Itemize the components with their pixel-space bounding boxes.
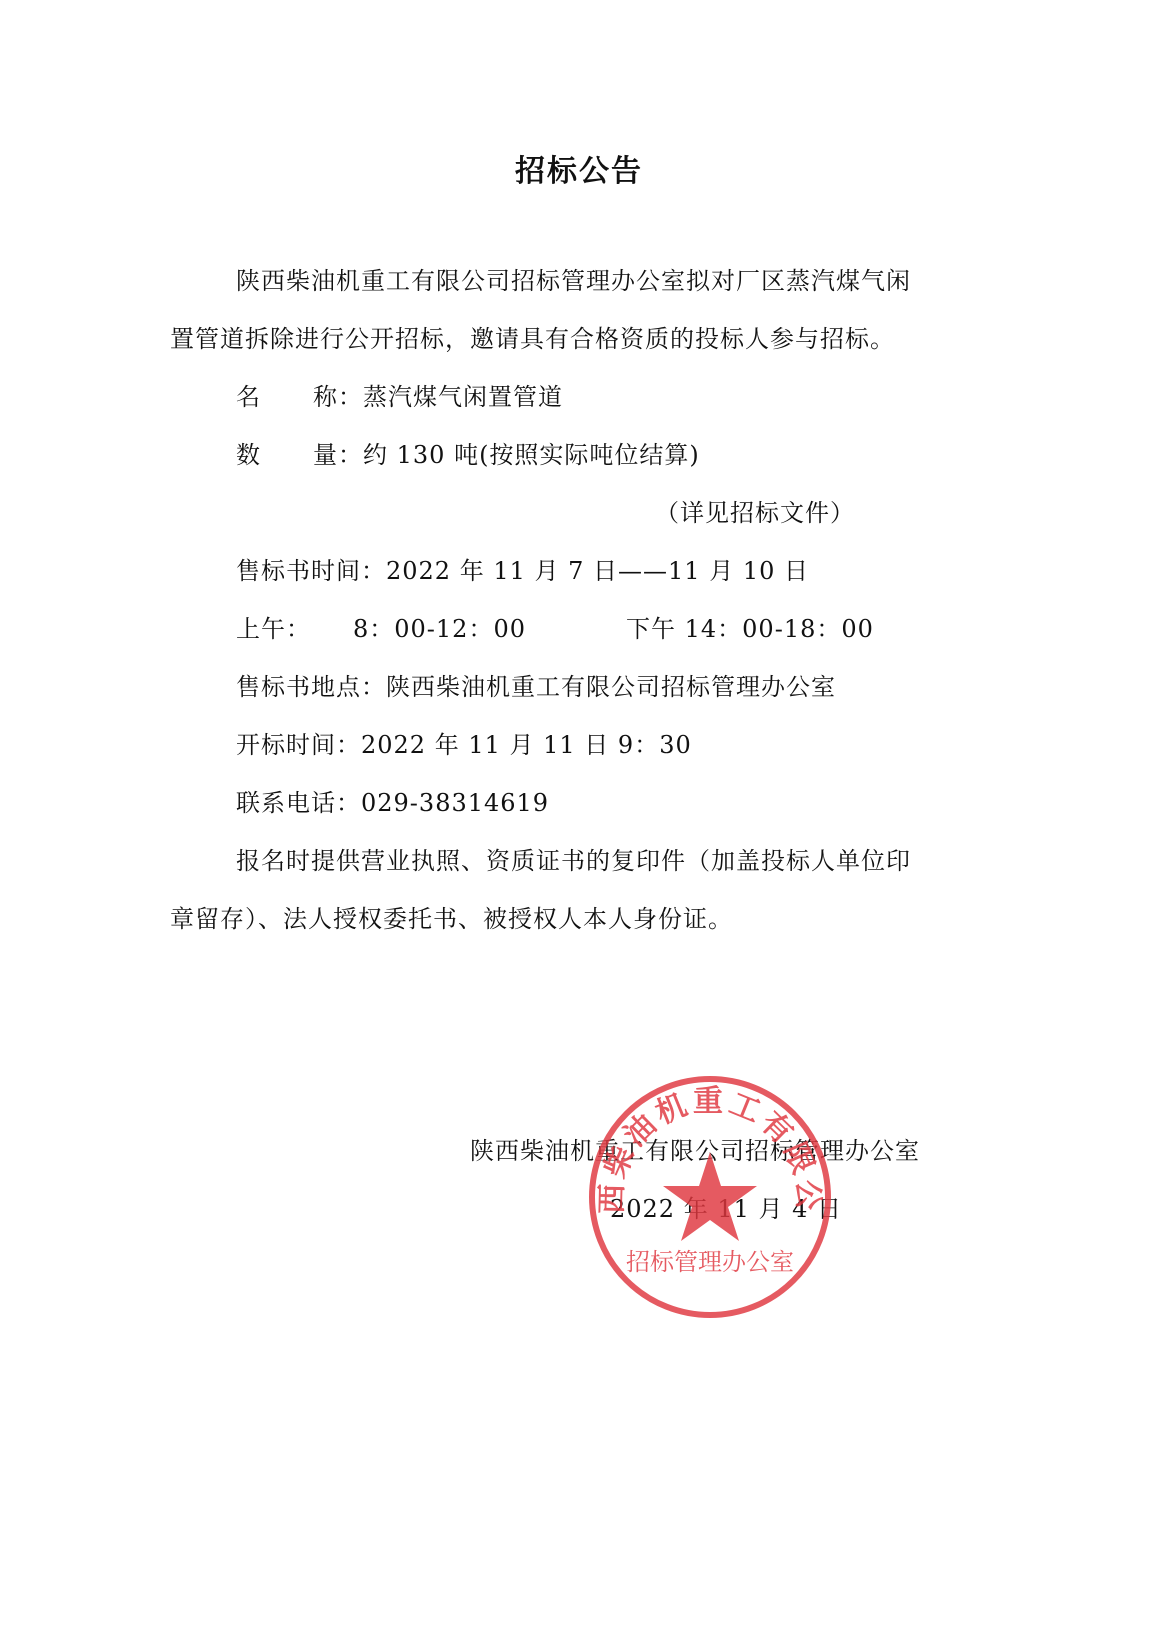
see-docs-note: （详见招标文件） [655, 498, 855, 528]
requirements-line1: 报名时提供营业执照、资质证书的复印件（加盖投标人单位印 [236, 846, 911, 876]
intro-paragraph-line1: 陕西柴油机重工有限公司招标管理办公室拟对厂区蒸汽煤气闲 [236, 266, 911, 296]
official-seal-icon: 陕西柴油机重工有限公司 招标管理办公室 [585, 1072, 835, 1322]
sale-place-row: 售标书地点：陕西柴油机重工有限公司招标管理办公室 [236, 672, 836, 702]
am-label: 上午： [236, 615, 311, 643]
hours-row: 上午：8：00-12：00下午 14：00-18：00 [236, 614, 874, 644]
phone-value: 029-38314619 [361, 789, 549, 817]
open-time-row: 开标时间：2022 年 11 月 11 日 9：30 [236, 730, 692, 760]
item-name-value: 蒸汽煤气闲置管道 [363, 383, 563, 411]
am-hours: 8：00-12：00 [353, 615, 526, 643]
item-name-label-b: 称： [313, 383, 363, 411]
sale-place-label: 售标书地点： [236, 673, 386, 701]
sale-time-row: 售标书时间：2022 年 11 月 7 日——11 月 10 日 [236, 556, 809, 586]
sale-time-value: 2022 年 11 月 7 日——11 月 10 日 [386, 557, 809, 585]
sale-time-label: 售标书时间： [236, 557, 386, 585]
open-time-label: 开标时间： [236, 731, 361, 759]
item-name-label-a: 名 [236, 383, 261, 411]
pm-hours: 下午 14：00-18：00 [626, 615, 874, 643]
phone-row: 联系电话：029-38314619 [236, 788, 549, 818]
seal-inner-text: 招标管理办公室 [626, 1248, 794, 1276]
quantity-value: 约 130 吨(按照实际吨位结算) [363, 441, 700, 469]
page-title: 招标公告 [0, 146, 1158, 190]
quantity-label-b: 量： [313, 441, 363, 469]
intro-paragraph-line2: 置管道拆除进行公开招标，邀请具有合格资质的投标人参与招标。 [170, 324, 895, 354]
sale-place-value: 陕西柴油机重工有限公司招标管理办公室 [386, 673, 836, 701]
phone-label: 联系电话： [236, 789, 361, 817]
requirements-line2: 章留存）、法人授权委托书、被授权人本人身份证。 [170, 904, 733, 934]
item-name-row: 名称：蒸汽煤气闲置管道 [236, 382, 563, 412]
quantity-row: 数量：约 130 吨(按照实际吨位结算) [236, 440, 700, 470]
quantity-label-a: 数 [236, 441, 261, 469]
open-time-value: 2022 年 11 月 11 日 9：30 [361, 731, 692, 759]
